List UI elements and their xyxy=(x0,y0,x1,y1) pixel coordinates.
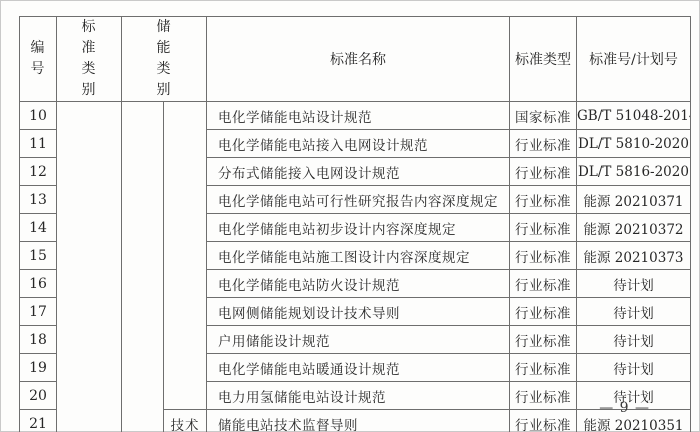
row-standard-type: 行业标准 xyxy=(510,326,577,354)
row-standard-code: 待计划 xyxy=(577,298,691,326)
header-no-label: 编号 xyxy=(23,38,52,80)
row-standard-code: 待计划 xyxy=(577,354,691,382)
row-standard-type: 行业标准 xyxy=(510,242,577,270)
row-no: 21 xyxy=(20,410,57,432)
row-standard-name: 电化学储能电站初步设计内容深度规定 xyxy=(207,214,510,242)
row-standard-name: 户用储能设计规范 xyxy=(207,326,510,354)
standards-table: 编号 标准类别 储能类别 标准名称 标准类型 标准号/计划号 10 电化学储能电… xyxy=(19,16,691,432)
row-standard-name: 电化学储能电站暖通设计规范 xyxy=(207,354,510,382)
row-standard-type: 行业标准 xyxy=(510,130,577,158)
header-no: 编号 xyxy=(20,17,57,102)
row-standard-type: 行业标准 xyxy=(510,270,577,298)
row-storage-subcategory: 技术 xyxy=(164,410,207,432)
row-standard-name: 电化学储能电站设计规范 xyxy=(207,102,510,130)
row-no: 12 xyxy=(20,158,57,186)
header-standard-category: 标准类别 xyxy=(57,17,122,102)
row-standard-type: 行业标准 xyxy=(510,214,577,242)
row-standard-type: 行业标准 xyxy=(510,298,577,326)
table-row: 10 电化学储能电站设计规范 国家标准 GB/T 51048-2014 xyxy=(20,102,691,130)
header-storage-category: 储能类别 xyxy=(122,17,207,102)
row-no: 15 xyxy=(20,242,57,270)
merged-standard-category-cell xyxy=(57,102,122,432)
row-standard-name: 电化学储能电站施工图设计内容深度规定 xyxy=(207,242,510,270)
row-standard-type: 行业标准 xyxy=(510,410,577,432)
row-no: 14 xyxy=(20,214,57,242)
row-standard-code: GB/T 51048-2014 xyxy=(577,102,691,130)
header-type: 标准类型 xyxy=(510,17,577,102)
row-no: 19 xyxy=(20,354,57,382)
row-standard-code: DL/T 5816-2020 xyxy=(577,158,691,186)
row-no: 16 xyxy=(20,270,57,298)
table-header-row: 编号 标准类别 储能类别 标准名称 标准类型 标准号/计划号 xyxy=(20,17,691,102)
merged-storage-sub1-cell xyxy=(122,102,164,432)
row-no: 10 xyxy=(20,102,57,130)
header-standard-category-label: 标准类别 xyxy=(74,17,103,101)
row-standard-code: DL/T 5810-2020 xyxy=(577,130,691,158)
row-no: 11 xyxy=(20,130,57,158)
page-number: — 9 — xyxy=(599,400,650,416)
row-standard-code: 能源 20210372 xyxy=(577,214,691,242)
row-standard-name: 电化学储能电站防火设计规范 xyxy=(207,270,510,298)
row-standard-code: 待计划 xyxy=(577,270,691,298)
row-standard-type: 行业标准 xyxy=(510,354,577,382)
row-standard-name: 储能电站技术监督导则 xyxy=(207,410,510,432)
row-standard-name: 电化学储能电站可行性研究报告内容深度规定 xyxy=(207,186,510,214)
header-name: 标准名称 xyxy=(207,17,510,102)
row-standard-name: 电化学储能电站接入电网设计规范 xyxy=(207,130,510,158)
scanned-document-page: 编号 标准类别 储能类别 标准名称 标准类型 标准号/计划号 10 电化学储能电… xyxy=(0,0,700,432)
row-no: 13 xyxy=(20,186,57,214)
row-no: 18 xyxy=(20,326,57,354)
row-standard-name: 电力用氢储能电站设计规范 xyxy=(207,382,510,410)
row-standard-type: 行业标准 xyxy=(510,382,577,410)
row-standard-name: 分布式储能接入电网设计规范 xyxy=(207,158,510,186)
row-standard-type: 国家标准 xyxy=(510,102,577,130)
row-standard-code: 待计划 xyxy=(577,326,691,354)
row-standard-code: 能源 20210373 xyxy=(577,242,691,270)
row-no: 17 xyxy=(20,298,57,326)
row-no: 20 xyxy=(20,382,57,410)
row-standard-type: 行业标准 xyxy=(510,186,577,214)
header-storage-category-label: 储能类别 xyxy=(149,17,178,101)
merged-storage-sub2-cell xyxy=(164,102,207,410)
row-standard-name: 电网侧储能规划设计技术导则 xyxy=(207,298,510,326)
row-standard-code: 能源 20210371 xyxy=(577,186,691,214)
header-code: 标准号/计划号 xyxy=(577,17,691,102)
row-standard-type: 行业标准 xyxy=(510,158,577,186)
